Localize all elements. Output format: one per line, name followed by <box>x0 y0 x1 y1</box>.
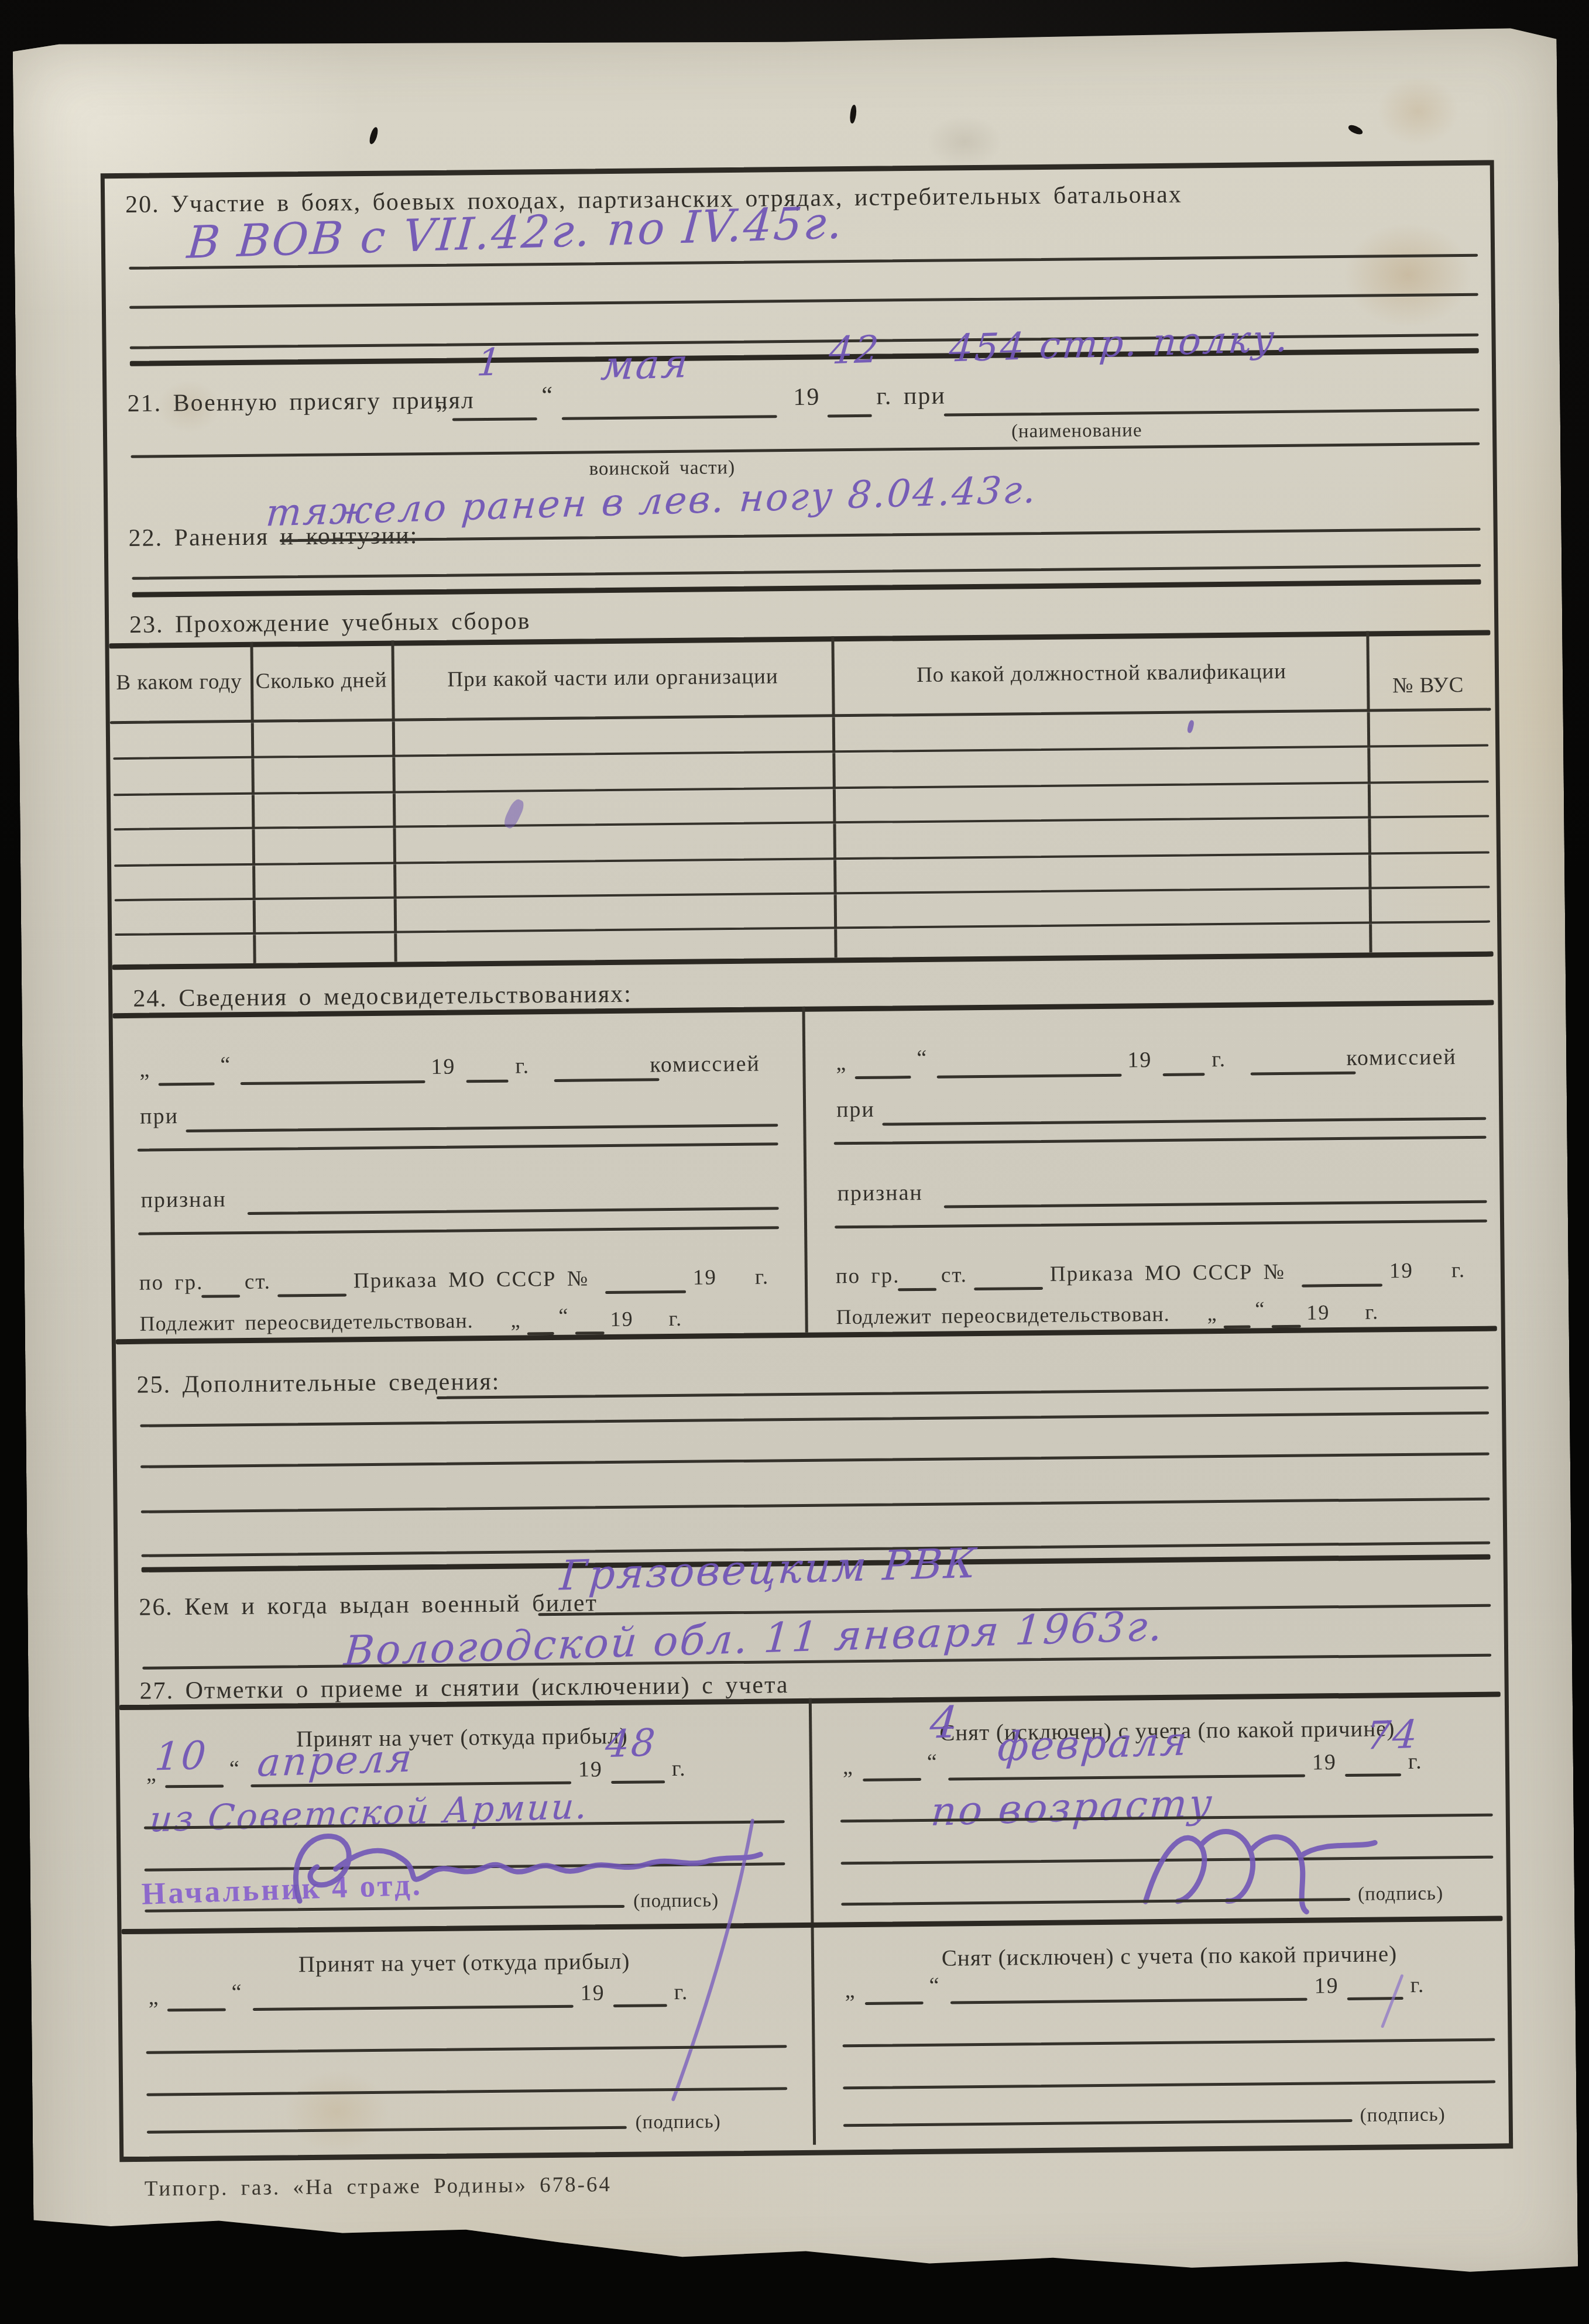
close-quote: “ <box>220 1052 231 1077</box>
sec26-title: 26. Кем и когда выдан военный билет <box>139 1589 598 1622</box>
sec23-title: 23. Прохождение учебных сборов <box>129 607 531 639</box>
blank-field-line <box>865 2002 924 2005</box>
prikaz-label: Приказа МО СССР № <box>354 1266 589 1293</box>
g-label: г. <box>1408 1749 1423 1774</box>
blank-field-line <box>898 1288 936 1292</box>
podlezhit-label: Подлежит переосвидетельствован. <box>836 1302 1169 1329</box>
pri-label: при <box>140 1103 179 1130</box>
g-label: г. <box>755 1264 770 1289</box>
close-quote: “ <box>929 1973 940 1999</box>
open-quote: „ <box>843 1754 854 1780</box>
g-label: г. <box>515 1053 530 1079</box>
blank-field-line <box>1163 1073 1205 1076</box>
g-label: г. <box>672 1756 687 1781</box>
table-header-qualification: По какой должностной квалификации <box>862 657 1341 689</box>
blank-field-line <box>201 1295 240 1298</box>
blank-field-line <box>159 1083 215 1086</box>
sec21-caption2: воинской части) <box>589 457 735 480</box>
blank-field-line <box>855 1076 911 1079</box>
podpis-label: (подпись) <box>636 2111 721 2133</box>
year-prefix: 19 <box>580 1980 605 2006</box>
year-prefix: 19 <box>1127 1047 1152 1073</box>
podpis-label: (подпись) <box>1360 2104 1446 2126</box>
paper-sheet: 20. Участие в боях, боевых походах, парт… <box>13 28 1578 2296</box>
podpis-label: (подпись) <box>633 1890 719 1912</box>
year-prefix: 19 <box>693 1265 717 1290</box>
table-header-days: Сколько дней <box>255 667 387 695</box>
g-label: г. <box>674 1979 688 2005</box>
blank-field-line <box>611 1780 665 1784</box>
pogr-label: по гр. <box>836 1263 900 1289</box>
open-quote: „ <box>146 1761 157 1787</box>
year-prefix: 19 <box>1312 1749 1337 1775</box>
year-prefix: 19 <box>1314 1973 1339 1999</box>
year-prefix: 19 <box>1389 1258 1413 1283</box>
close-quote: “ <box>231 1979 242 2005</box>
sec21-hw-month: мая <box>599 341 691 390</box>
sec24-title: 24. Сведения о медосвидетельствованиях: <box>133 980 632 1013</box>
uchet-hw-year: 48 <box>604 1721 658 1766</box>
sec21-hw-year: 42 <box>828 328 882 373</box>
blank-field-line <box>1345 1773 1401 1777</box>
komis-label: комиссией <box>1346 1044 1457 1071</box>
close-quote: “ <box>558 1303 569 1328</box>
paper-hole-mark <box>849 104 857 123</box>
table-header-unit: При какой части или организации <box>405 662 821 694</box>
stray-pen-stroke <box>1371 1972 1413 2031</box>
uchet-hw-day: 4 <box>928 1697 961 1749</box>
stain <box>926 115 1003 169</box>
g-label: г. <box>668 1306 682 1331</box>
blank-field-line <box>613 2004 667 2007</box>
podpis-label: (подпись) <box>1358 1883 1443 1905</box>
uchet-hw-month: апреля <box>256 1735 416 1785</box>
st-label: ст. <box>941 1262 967 1288</box>
sec21-hw-day: 1 <box>475 341 504 385</box>
open-quote: „ <box>148 1984 159 2010</box>
g-label: г. <box>1451 1258 1466 1283</box>
signature-scribble <box>1130 1808 1389 1922</box>
prikaz-label: Приказа МО СССР № <box>1050 1259 1286 1287</box>
open-quote: „ <box>436 387 448 415</box>
sec21-label: 21. Военную присягу принял <box>127 386 475 418</box>
scanned-page: 20. Участие в боях, боевых походах, парт… <box>0 0 1589 2324</box>
priznan-label: признан <box>140 1186 226 1213</box>
close-quote: “ <box>927 1749 938 1775</box>
pogr-label: по гр. <box>139 1270 204 1296</box>
blank-field-line <box>165 1784 224 1788</box>
year-prefix: 19 <box>578 1756 603 1782</box>
close-quote: “ <box>541 382 554 410</box>
close-quote: “ <box>1255 1296 1265 1321</box>
year-prefix: 19 <box>793 383 820 411</box>
year-prefix: 19 <box>431 1054 455 1080</box>
blank-field-line <box>863 1778 921 1781</box>
sec21-g-pri: г. при <box>876 382 946 410</box>
stain <box>1377 75 1459 146</box>
pri-label: при <box>836 1097 875 1123</box>
open-quote: „ <box>836 1050 847 1076</box>
podlezhit-label: Подлежит переосвидетельствован. <box>139 1308 473 1336</box>
open-quote: „ <box>510 1308 521 1333</box>
g-label: г. <box>1212 1046 1226 1072</box>
priznan-label: признан <box>837 1180 923 1206</box>
year-prefix: 19 <box>1306 1300 1330 1324</box>
sec25-title: 25. Дополнительные сведения: <box>136 1368 500 1399</box>
year-prefix: 19 <box>610 1307 633 1331</box>
open-quote: „ <box>139 1057 150 1083</box>
blank-field-line <box>828 414 872 418</box>
table-header-vus: № ВУС <box>1370 671 1487 700</box>
uchet-hw-day: 10 <box>153 1733 210 1780</box>
print-shop-footer: Типогр. газ. «На страже Родины» 678-64 <box>145 2172 612 2202</box>
g-label: г. <box>1365 1299 1379 1324</box>
close-quote: “ <box>917 1045 928 1071</box>
sec21-caption1: (наименование <box>1011 420 1142 442</box>
open-quote: „ <box>1207 1301 1217 1326</box>
open-quote: „ <box>845 1978 856 2003</box>
close-quote: “ <box>229 1756 241 1781</box>
table-header-year: В каком году <box>111 668 247 696</box>
blank-field-line <box>167 2008 226 2011</box>
komis-label: комиссией <box>650 1051 760 1078</box>
paper-hole-mark <box>368 126 379 145</box>
st-label: ст. <box>245 1269 271 1295</box>
blank-field-line <box>466 1080 509 1083</box>
paper-hole-mark <box>1347 123 1364 136</box>
uchet-hw-month: февраля <box>996 1718 1190 1770</box>
